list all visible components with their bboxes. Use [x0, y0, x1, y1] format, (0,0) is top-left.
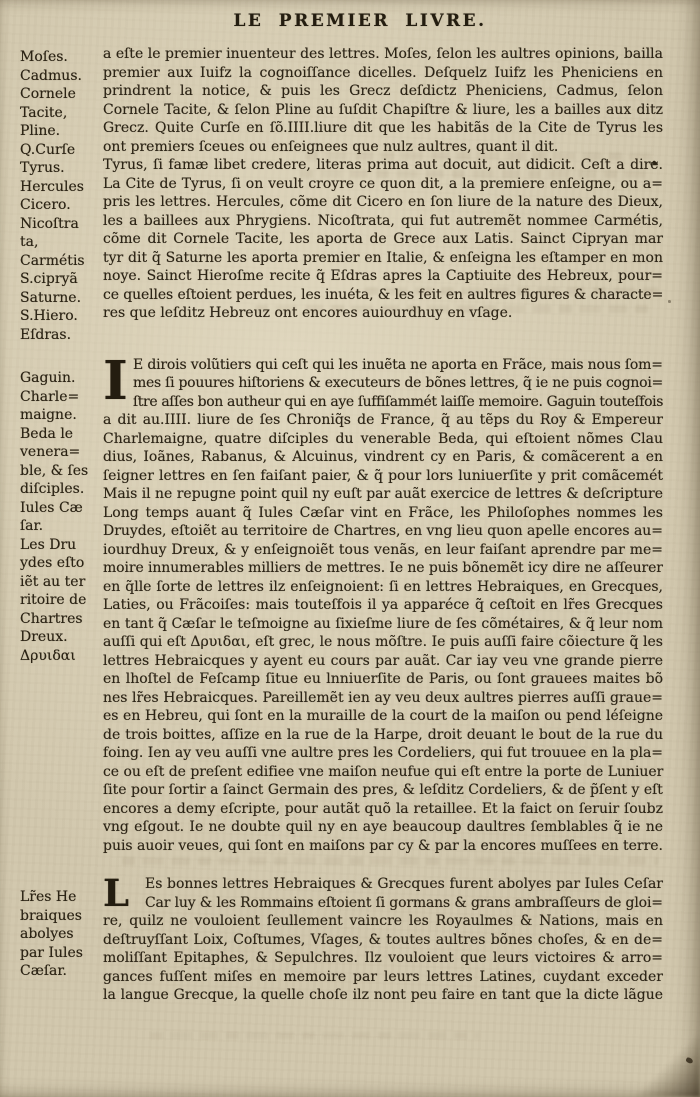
- text-line: moire innumerables milliers de mettres. …: [103, 559, 663, 578]
- margin-note-line: venera=: [20, 443, 102, 462]
- margin-note-line: Cadmus.: [20, 67, 102, 86]
- text-line: E dirois volũtiers qui ceſt qui les inuẽ…: [133, 356, 663, 375]
- margin-note-line: Tyrus.: [20, 159, 102, 178]
- ink-speck: [668, 300, 671, 303]
- text-line: les a baillees aux Phrygiens. Nicoſtrata…: [103, 212, 663, 231]
- text-line: tyr dit q̃ Saturne les aporta premier en…: [103, 249, 663, 268]
- bleed-through-smudge: [122, 857, 658, 865]
- text-line: la langue Grecque, la quelle choſe ilz n…: [103, 986, 663, 1005]
- text-line: en q̃lle ſorte de lettres ilz enſeignoie…: [103, 578, 663, 597]
- text-line: pris les lettres. Hercules, cõme dit Cic…: [103, 193, 663, 212]
- bleed-through-smudge: [150, 1032, 480, 1039]
- text-line: Laties, ou Frãcoiſes: mais touteſfois il…: [103, 596, 663, 615]
- margin-note-line: ſar.: [20, 517, 102, 536]
- text-line: dius, Ioãnes, Rabanus, & Alcuinus, vindr…: [103, 448, 663, 467]
- margin-note-line: ritoire de: [20, 591, 102, 610]
- text-line: foing. Ien ay veu auſſi vne aultre pres …: [103, 744, 663, 763]
- bleed-through-smudge: [300, 170, 652, 178]
- text-line: cõme dit Cornele Tacite, les aporta de G…: [103, 230, 663, 249]
- margin-note-line: braiques: [20, 907, 102, 926]
- text-line: encores a demy eſcripte, pour autãt quõ …: [103, 800, 663, 819]
- text-line: ce ou eſt de preſent edifiee vne maiſon …: [103, 763, 663, 782]
- bleed-through-smudge: [255, 305, 655, 313]
- page-corner-shadow: [628, 1029, 700, 1097]
- margin-note-line: Les Dru: [20, 536, 102, 555]
- margin-note-line: Moſes.: [20, 48, 102, 67]
- bleed-through-smudge: [305, 152, 655, 160]
- margin-note-line: S.Hiero.: [20, 307, 102, 326]
- text-line: es en Hebreu, qui ſont en la muraille de…: [103, 707, 663, 726]
- text-line: a eſte le premier inuenteur des lettres.…: [103, 45, 663, 64]
- text-line: vng eſgout. Ie ne doubte quil ny en aye …: [103, 818, 663, 837]
- text-line: ſite pour ſortir a ſainct Germain des pr…: [103, 781, 663, 800]
- book-page: LE PREMIER LIVRE. Moſes.Cadmus.CorneleTa…: [0, 0, 700, 1097]
- text-line: en lhoſtel de Feſcamp ſitue eu lnniuerſi…: [103, 670, 663, 689]
- margin-note-line: S.cipryã: [20, 270, 102, 289]
- margin-note-line: Beda le: [20, 425, 102, 444]
- text-line: Es bonnes lettres Hebraiques & Grecques …: [145, 875, 663, 894]
- text-line: de trois boittes, aſſize en la rue de la…: [103, 726, 663, 745]
- margin-note-line: Cornele: [20, 85, 102, 104]
- margin-note-line: abolyes: [20, 925, 102, 944]
- margin-note-group: Gaguin.Charle=maigne.Beda levenera=ble, …: [20, 369, 102, 665]
- margin-note-line: Pline.: [20, 122, 102, 141]
- text-line: ſeigner lettres en ſen faiſant paier, & …: [103, 467, 663, 486]
- margin-note-line: diſciples.: [20, 480, 102, 499]
- margin-note-group: Lr̃es Hebraiquesabolyespar IulesCæſar.: [20, 888, 102, 981]
- margin-note-line: iẽt au ter: [20, 573, 102, 592]
- paragraph: IE dirois volũtiers qui ceſt qui les inu…: [103, 356, 663, 856]
- text-line: Car luy & les Rommains eſtoient ſi gorma…: [145, 894, 663, 913]
- margin-note-line: Charle=: [20, 388, 102, 407]
- dropcap-initial: L: [103, 875, 129, 912]
- margin-note-line: Iules Cæ: [20, 499, 102, 518]
- text-line: prindrent la notice, & puis les Grecz de…: [103, 82, 663, 101]
- text-line: en tant q̃ Cæſar le teſmoigne au ſixieſm…: [103, 615, 663, 634]
- text-line: nes lr̃es Hebraicques. Pareillemẽt ien a…: [103, 689, 663, 708]
- text-line: ſtre aſſes bon autheur qui en aye ſuffiſ…: [133, 393, 663, 412]
- text-line: auſſi qui eſt Δρυιδαι, eſt grec, le nous…: [103, 633, 663, 652]
- margin-note-line: maigne.: [20, 406, 102, 425]
- text-line: iourdhuy Dreux, & y enſeignoiẽt tous ven…: [103, 541, 663, 560]
- margin-note-line: ydes eſto: [20, 554, 102, 573]
- text-line: mes ſi pouures hiſtoriens & executeurs d…: [133, 374, 663, 393]
- page-title: LE PREMIER LIVRE.: [20, 11, 700, 31]
- text-line: Druydes, eſtoiẽt au territoire de Chartr…: [103, 522, 663, 541]
- text-line: premier aux Iuifz la cognoiſſance dicell…: [103, 64, 663, 83]
- text-line: re, quilz ne vouloient ſeullement vaincr…: [103, 912, 663, 931]
- text-line: Grecz. Quite Curſe en ſõ.IIII.liure dit …: [103, 119, 663, 138]
- margin-note-line: ble, & ſes: [20, 462, 102, 481]
- text-line: Mais il ne repugne point quil ny euſt pa…: [103, 485, 663, 504]
- margin-note-line: Saturne.: [20, 289, 102, 308]
- margin-note-line: par Iules: [20, 944, 102, 963]
- bleed-through-smudge: [365, 287, 658, 295]
- text-line: Cornele Tacite, & ſelon Pline au ſuſdit …: [103, 101, 663, 120]
- margin-note-line: Δρυιδαι: [20, 647, 102, 666]
- text-line: puis auoir veues, qui ſont en maiſons pa…: [103, 837, 663, 856]
- margin-note-line: Cæſar.: [20, 962, 102, 981]
- margin-note-line: ta,: [20, 233, 102, 252]
- margin-note-line: Nicoſtra: [20, 215, 102, 234]
- text-line: Long temps auant q̃ Iules Cæſar vint en …: [103, 504, 663, 523]
- margin-note-line: Gaguin.: [20, 369, 102, 388]
- text-line: noye. Sainct Hieroſme recite q̃ Eſdras a…: [103, 267, 663, 286]
- text-line: a dit au.IIII. liure de ſes Chroniq̃s de…: [103, 411, 663, 430]
- margin-note-line: Q.Curſe: [20, 141, 102, 160]
- text-line: Charlemaigne, quatre diſciples du venera…: [103, 430, 663, 449]
- margin-note-line: Dreux.: [20, 628, 102, 647]
- margin-note-line: Eſdras.: [20, 326, 102, 345]
- margin-note-line: Tacite,: [20, 104, 102, 123]
- margin-note-line: Hercules: [20, 178, 102, 197]
- text-line: lettres Hebraicques y ayent eu cours par…: [103, 652, 663, 671]
- margin-note-line: Lr̃es He: [20, 888, 102, 907]
- paragraph: LEs bonnes lettres Hebraiques & Grecques…: [103, 875, 663, 1005]
- text-line: moliſſant Epitaphes, & Sepulchres. Ilz v…: [103, 949, 663, 968]
- margin-note-group: Moſes.Cadmus.CorneleTacite,Pline.Q.Curſe…: [20, 48, 102, 344]
- text-line: deſtruyſſant Loix, Coſtumes, Vſages, & t…: [103, 931, 663, 950]
- paragraph: a eſte le premier inuenteur des lettres.…: [103, 45, 663, 323]
- margin-note-line: Cicero.: [20, 196, 102, 215]
- dropcap-initial: I: [103, 355, 128, 408]
- margin-note-line: Carmétis: [20, 252, 102, 271]
- text-line: gances fuſſent miſes en memoire par leur…: [103, 968, 663, 987]
- margin-note-line: Chartres: [20, 610, 102, 629]
